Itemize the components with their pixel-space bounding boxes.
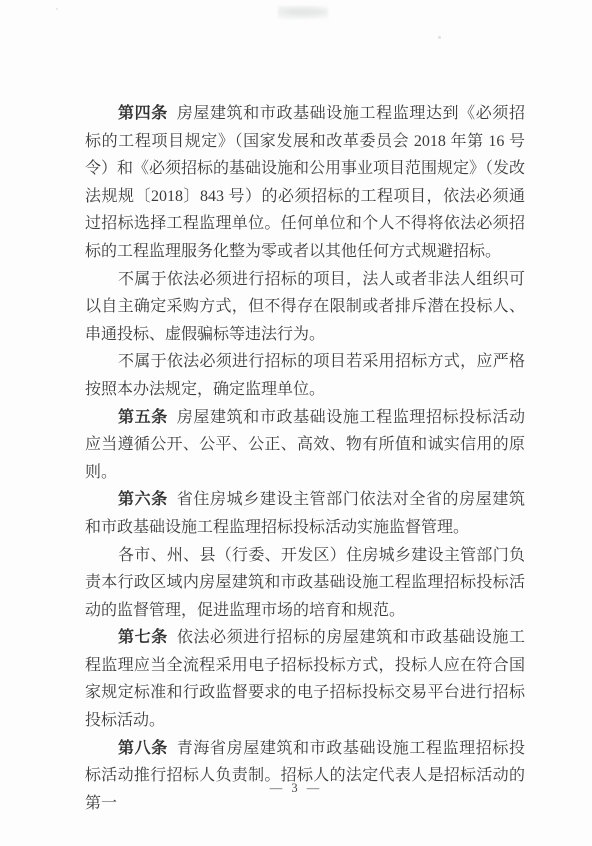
article-7-heading: 第七条 xyxy=(118,629,168,646)
article-4-cont-2-text: 不属于依法必须进行招标的项目若采用招标方式，应严格按照本办法规定，确定监理单位。 xyxy=(85,353,525,398)
scan-smudge-artifact xyxy=(278,6,328,20)
paragraph-article-5: 第五条房屋建筑和市政基础设施工程监理招标投标活动应当遵循公开、公平、公正、高效、… xyxy=(85,404,525,487)
article-8-heading: 第八条 xyxy=(118,740,168,757)
paragraph-article-6: 第六条省住房城乡建设主管部门依法对全省的房屋建筑和市政基础设施工程监理招标投标活… xyxy=(85,486,525,541)
paragraph-article-7: 第七条依法必须进行招标的房屋建筑和市政基础设施工程监理应当全流程采用电子招标投标… xyxy=(85,624,525,734)
article-6-cont-text: 各市、州、县（行委、开发区）住房城乡建设主管部门负责本行政区域内房屋建筑和市政基… xyxy=(85,547,525,619)
paragraph-article-4-cont-1: 不属于依法必须进行招标的项目，法人或者非法人组织可以自主确定采购方式，但不得存在… xyxy=(85,266,525,349)
article-6-heading: 第六条 xyxy=(118,491,168,508)
article-4-text: 房屋建筑和市政基础设施工程监理达到《必须招标的工程项目规定》（国家发展和改革委员… xyxy=(85,105,525,260)
paragraph-article-6-cont: 各市、州、县（行委、开发区）住房城乡建设主管部门负责本行政区域内房屋建筑和市政基… xyxy=(85,542,525,625)
article-5-heading: 第五条 xyxy=(118,409,168,426)
document-body: 第四条房屋建筑和市政基础设施工程监理达到《必须招标的工程项目规定》（国家发展和改… xyxy=(85,100,525,817)
paragraph-article-4-cont-2: 不属于依法必须进行招标的项目若采用招标方式，应严格按照本办法规定，确定监理单位。 xyxy=(85,348,525,403)
article-4-cont-1-text: 不属于依法必须进行招标的项目，法人或者非法人组织可以自主确定采购方式，但不得存在… xyxy=(85,271,525,343)
paragraph-article-4: 第四条房屋建筑和市政基础设施工程监理达到《必须招标的工程项目规定》（国家发展和改… xyxy=(85,100,525,266)
article-4-heading: 第四条 xyxy=(118,105,168,122)
page-number: — 3 — xyxy=(0,781,592,796)
scanned-document-page: 第四条房屋建筑和市政基础设施工程监理达到《必须招标的工程项目规定》（国家发展和改… xyxy=(0,0,592,846)
scan-speck-artifact xyxy=(56,8,58,10)
paragraph-article-8: 第八条青海省房屋建筑和市政基础设施工程监理招标投标活动推行招标人负责制。招标人的… xyxy=(85,735,525,818)
scan-speck-artifact xyxy=(438,36,441,39)
